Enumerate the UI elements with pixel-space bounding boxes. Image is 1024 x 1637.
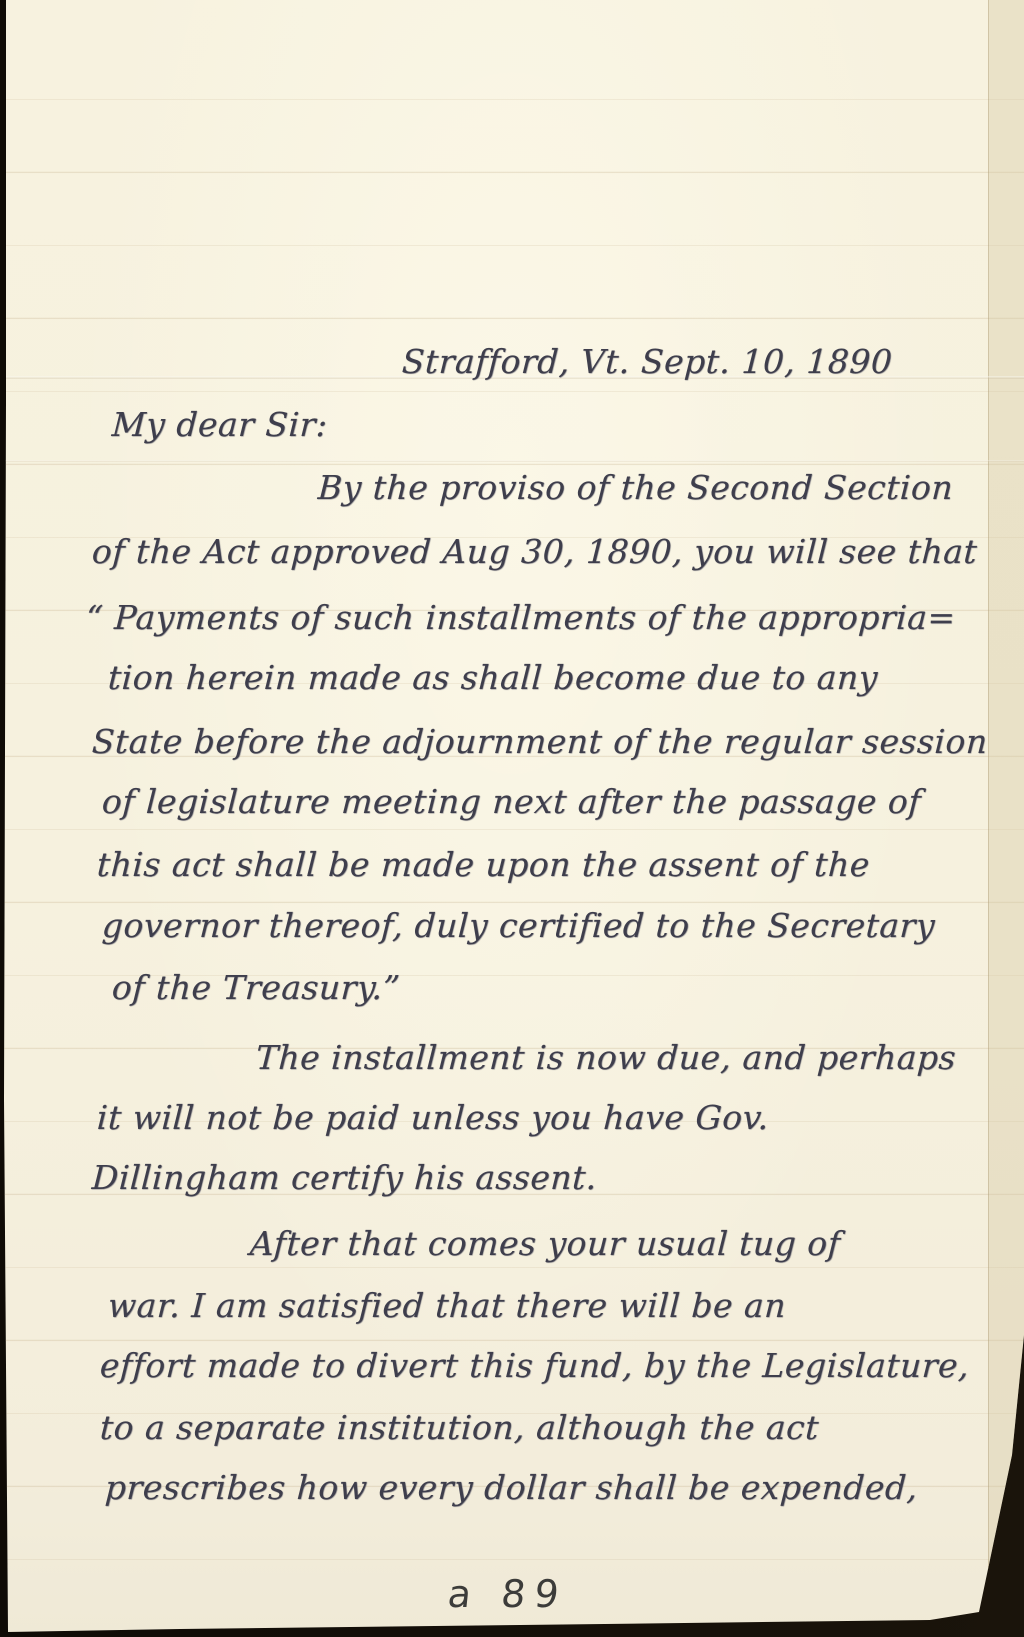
letter-line: to a separate institution, although the … [99, 1408, 820, 1447]
dateline: Strafford, Vt. Sept. 10, 1890 [401, 342, 894, 381]
letter-line: governor thereof, duly certified to the … [101, 906, 936, 945]
letter-line: of legislature meeting next after the pa… [101, 782, 922, 821]
letter-page: Strafford, Vt. Sept. 10, 1890 My dear Si… [0, 0, 1024, 1637]
letter-line: effort made to divert this fund, by the … [99, 1346, 970, 1385]
letter-line: it will not be paid unless you have Gov. [96, 1098, 770, 1137]
letter-line: “ Payments of such installments of the a… [85, 598, 957, 637]
letter-line: of the Treasury.” [111, 968, 401, 1007]
letter-line: war. I am satisfied that there will be a… [107, 1286, 787, 1325]
letter-line: tion herein made as shall become due to … [107, 658, 879, 697]
letter-line: State before the adjournment of the regu… [91, 722, 989, 761]
letter-line: this act shall be made upon the assent o… [96, 845, 871, 884]
paper-crease [0, 460, 1024, 462]
letter-line: The installment is now due, and perhaps [255, 1038, 957, 1077]
letter-line: By the proviso of the Second Section [317, 468, 954, 507]
letter-line: of the Act approved Aug 30, 1890, you wi… [91, 532, 978, 571]
page-number: a 89 [446, 1572, 570, 1616]
scanned-letter: Strafford, Vt. Sept. 10, 1890 My dear Si… [0, 0, 1024, 1637]
page-right-edge [988, 0, 1024, 1637]
letter-line: prescribes how every dollar shall be exp… [104, 1468, 919, 1507]
salutation: My dear Sir: [111, 405, 329, 444]
letter-line: After that comes your usual tug of [249, 1224, 842, 1263]
letter-line: Dillingham certify his assent. [91, 1158, 598, 1197]
